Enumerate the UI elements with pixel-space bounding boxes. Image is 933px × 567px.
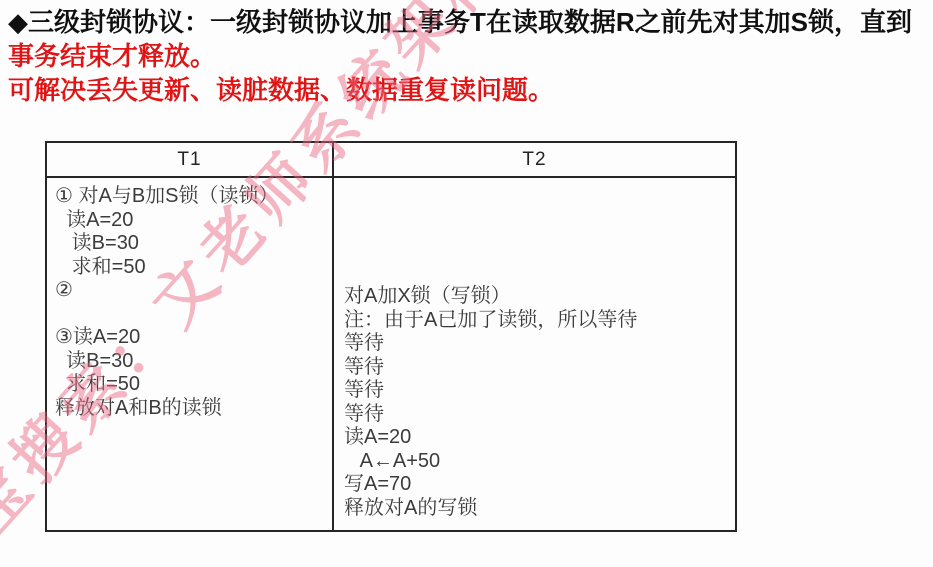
t2-step-line: 对A加X锁（写锁）	[344, 285, 735, 309]
t1-step-line: 求和=50	[55, 373, 332, 397]
t2-step-line: 释放对A的写锁	[344, 497, 735, 521]
t2-step-line: A←A+50	[344, 450, 735, 474]
t2-column: 对A加X锁（写锁）注：由于A已加了读锁，所以等待等待等待等待等待读A=20 A←…	[334, 178, 735, 532]
t1-step-line: ③读A=20	[55, 326, 332, 350]
t1-step-line: ②	[55, 279, 332, 303]
scanned-note-page: ◆三级封锁协议：一级封锁协议加上事务T在读取数据R之前先对其加S锁，直到 事务结…	[0, 0, 933, 567]
t2-step-line: 等待	[344, 356, 735, 380]
t2-step-line: 等待	[344, 379, 735, 403]
t1-step-line: 读A=20	[55, 209, 332, 233]
t1-step-line: ① 对A与B加S锁（读锁）	[55, 185, 332, 209]
t1-step-line: 求和=50	[55, 256, 332, 280]
table-header-row: T1 T2	[47, 143, 735, 178]
t2-step-line: 写A=70	[344, 473, 735, 497]
t1-step-line	[55, 303, 332, 327]
t1-column: ① 对A与B加S锁（读锁） 读A=20 读B=30 求和=50② ③读A=20 …	[47, 178, 334, 532]
t2-step-line: 等待	[344, 332, 735, 356]
table-body-row: ① 对A与B加S锁（读锁） 读A=20 读B=30 求和=50② ③读A=20 …	[47, 178, 735, 532]
t2-step-line: 注：由于A已加了读锁，所以等待	[344, 309, 735, 333]
t1-step-line: 读B=30	[55, 232, 332, 256]
t2-step-line	[344, 238, 735, 262]
t2-step-line	[344, 191, 735, 215]
table-header-t2: T2	[334, 143, 735, 176]
protocol-solves-note: 可解决丢失更新、读脏数据、数据重复读问题。	[8, 73, 912, 107]
protocol-title-line: ◆三级封锁协议：一级封锁协议加上事务T在读取数据R之前先对其加S锁，直到	[8, 5, 912, 39]
t2-step-line	[344, 215, 735, 239]
t1-step-line: 读B=30	[55, 350, 332, 374]
table-header-t1: T1	[47, 143, 334, 176]
t2-step-line	[344, 262, 735, 286]
t2-step-line: 等待	[344, 403, 735, 427]
t1-step-line: 释放对A和B的读锁	[55, 397, 332, 421]
transaction-lock-table: T1 T2 ① 对A与B加S锁（读锁） 读A=20 读B=30 求和=50② ③…	[45, 141, 737, 532]
title-block: ◆三级封锁协议：一级封锁协议加上事务T在读取数据R之前先对其加S锁，直到 事务结…	[8, 5, 912, 107]
protocol-release-note: 事务结束才释放。	[8, 39, 912, 73]
t2-step-line: 读A=20	[344, 426, 735, 450]
